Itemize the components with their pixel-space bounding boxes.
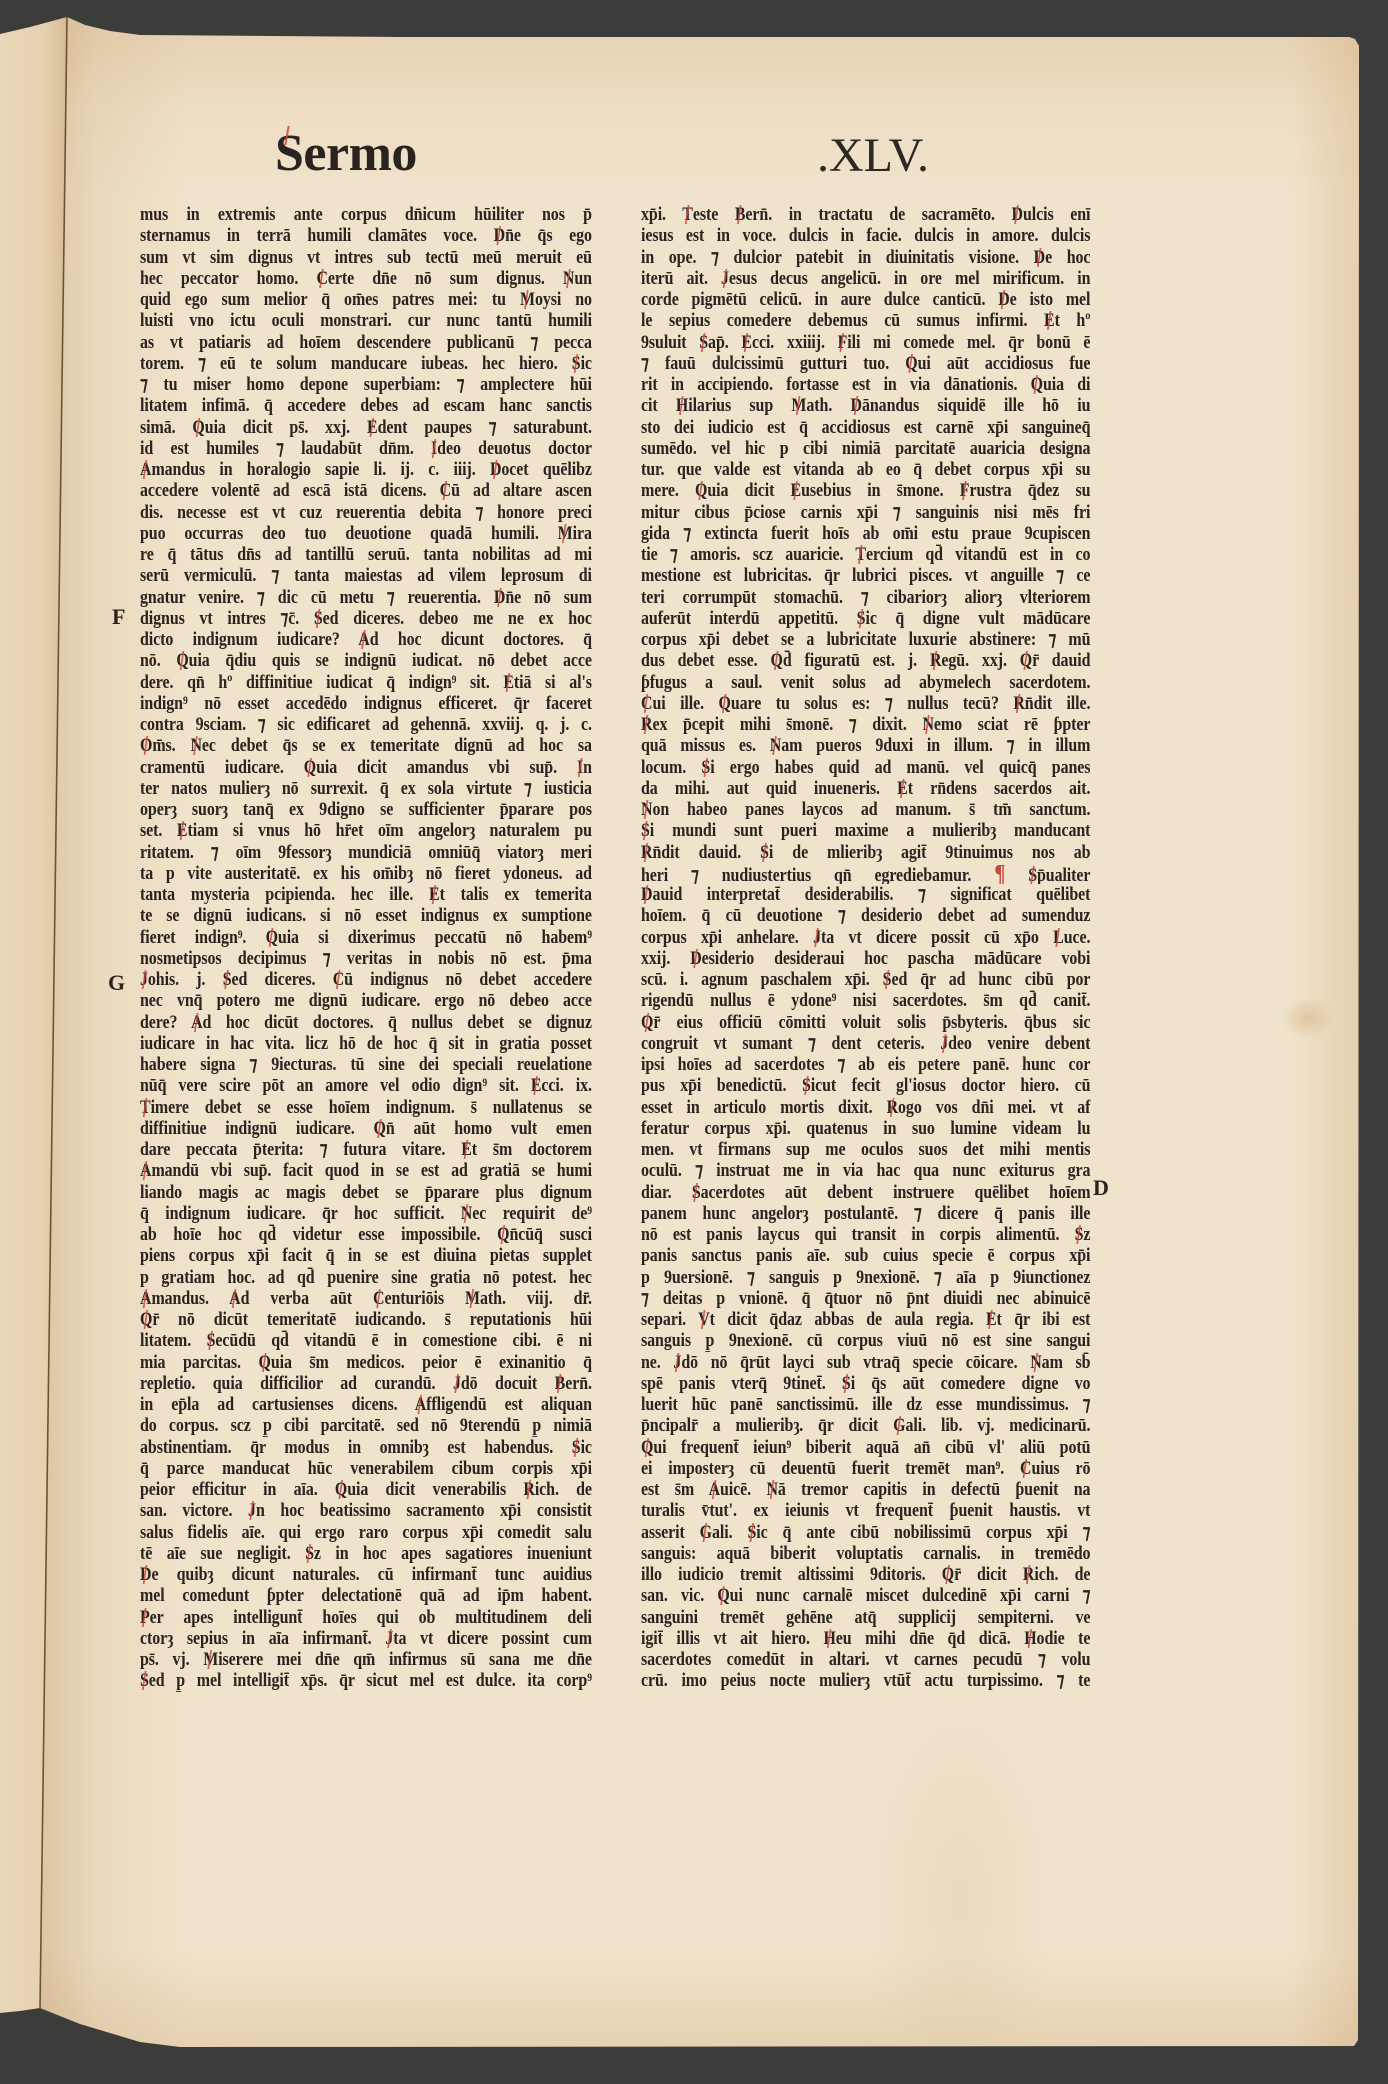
rubricated-capital: O xyxy=(140,735,152,756)
text-line: dis. necesse est vt cuz reuerentia debit… xyxy=(140,502,592,523)
text-line: indign⁹ nō esset accedēdo indignus effic… xyxy=(140,693,592,714)
rubricated-capital: S xyxy=(305,1543,314,1564)
rubricated-capital: Q xyxy=(717,1585,729,1606)
text-line: re q̄ tātus dn̄s ad tantillū seruū. tant… xyxy=(140,544,592,565)
text-line: est s̄m Auicē. Nā tremor capitis in defe… xyxy=(641,1479,1090,1500)
text-line: Rn̄dit dauid. Si de mlieribȝ agit̄ 9tinu… xyxy=(641,842,1090,863)
rubricated-capital: D xyxy=(490,459,501,480)
text-line: p̄ncipalr̄ a mulieribȝ. q̄r dicit Gali. … xyxy=(641,1415,1090,1436)
rubricated-capital: S xyxy=(1075,1224,1084,1245)
text-line: mia parcitas. Quia s̄m medicos. peior ē … xyxy=(140,1352,592,1373)
text-line: serū vermiculū. ⁊ tanta maiestas ad vile… xyxy=(140,565,592,586)
marginal-letter: D xyxy=(1093,1177,1109,1199)
rubricated-capital: R xyxy=(641,842,652,863)
text-line: Dauid interpretat̄ desiderabilis. ⁊ sign… xyxy=(641,884,1090,905)
rubricated-capital: S xyxy=(701,757,710,778)
rubricated-capital: E xyxy=(531,1075,542,1096)
rubricated-capital: E xyxy=(1044,310,1055,331)
text-line: turalis v̄tut'. ex ieiunis vt frequent̄ … xyxy=(641,1500,1090,1521)
text-line: litatem infimā. q̄ accedere debes ad esc… xyxy=(140,395,592,416)
text-line: rigendū nullus ē ydone⁹ nisi sacerdotes.… xyxy=(641,990,1090,1011)
rubricated-capital: H xyxy=(823,1628,835,1649)
rubricated-capital: Q xyxy=(905,353,917,374)
text-line: accedere volentē ad escā istā dicens. Cū… xyxy=(140,480,592,501)
text-line: salus fidelis aīe. qui ergo raro corpus … xyxy=(140,1522,592,1543)
rubricated-capital: C xyxy=(440,480,451,501)
text-line: liando magis ac magis debet se p̄parare … xyxy=(140,1182,592,1203)
text-line: xp̄i. Teste Bern̄. in tractatu de sacram… xyxy=(641,204,1090,225)
rubricated-capital: R xyxy=(930,650,941,671)
text-line: dere. qn̄ hº diffinitiue iudicat q̄ indi… xyxy=(140,672,592,693)
text-line: ⁊ deitas p̱ vnionē. q̄ q̄tuor nō p̄nt di… xyxy=(641,1288,1090,1309)
rubricated-capital: M xyxy=(558,523,573,544)
text-line: gida ⁊ extincta fuerit hoīs ab om̄i estu… xyxy=(641,523,1090,544)
text-line: luisti vno ictu oculi monstrari. cur nun… xyxy=(140,310,592,331)
rubricated-capital: J xyxy=(248,1500,256,1521)
rubricated-capital: G xyxy=(893,1415,905,1436)
text-line: ta p̱ vite austeritatē. ex his om̄ibȝ nō… xyxy=(140,863,592,884)
rubricated-capital: A xyxy=(358,629,369,650)
text-line: Qr̄ nō dicūt temeritatē iudicando. s̄ re… xyxy=(140,1309,592,1330)
rubricated-capital: A xyxy=(140,1288,151,1309)
text-line: dare peccata p̄terita: ⁊ futura vitare. … xyxy=(140,1139,592,1160)
rubricated-capital: Q xyxy=(176,650,188,671)
rubricated-capital: D xyxy=(641,884,652,905)
text-line: piens corpus xp̄i facit q̄ in se est diu… xyxy=(140,1245,592,1266)
text-line: contra 9sciam. ⁊ sic edificaret ad gehen… xyxy=(140,714,592,735)
text-line: Timere debet se esse hoīem indignum. s̄ … xyxy=(140,1097,592,1118)
rubricated-capital: Q xyxy=(770,650,782,671)
text-line: ⁊ fauū dulcissimū gutturi tuo. Qui aūt a… xyxy=(641,353,1090,374)
capitulum-mark: ¶ xyxy=(994,863,1005,884)
rubricated-capital: B xyxy=(555,1373,566,1394)
text-line: Amandus in horalogio sapie li. ij. c. ii… xyxy=(140,459,592,480)
rubricated-capital: J xyxy=(940,1033,948,1054)
rubricated-capital: N xyxy=(461,1203,472,1224)
right-column: xp̄i. Teste Bern̄. in tractatu de sacram… xyxy=(641,204,1090,1692)
rubricated-capital: E xyxy=(177,820,188,841)
text-line: luerit hūc panē sanctissimū. ille dz ess… xyxy=(641,1394,1090,1415)
text-line: diffinitiue indignū iudicare. Qn̄ aūt ho… xyxy=(140,1118,592,1139)
text-line: men. vt firmans sup̱ me oculos suos det … xyxy=(641,1139,1090,1160)
text-line: tē aīe sue negligit. Sz in hoc apes saga… xyxy=(140,1543,592,1564)
text-line: in ep̄la ad cartusienses dicens. Afflige… xyxy=(140,1394,592,1415)
text-line: nec vnq̄ potero me dignū iudicare. ergo … xyxy=(140,990,592,1011)
text-line: 9suluit Sap̄. Ecci. xxiiij. Fili mi come… xyxy=(641,332,1090,353)
text-line: corde pigmētū celicū. in aure dulce cant… xyxy=(641,289,1090,310)
rubricated-capital: S xyxy=(747,1522,756,1543)
text-line: Johis. j. Sed diceres. Cū indignus nō de… xyxy=(140,969,592,990)
rubricated-capital: M xyxy=(520,289,535,310)
text-line: tanta mysteria p̱cipienda. hec ille. Et … xyxy=(140,884,592,905)
rubricated-capital: C xyxy=(316,268,327,289)
rubricated-capital: S xyxy=(802,1075,811,1096)
rubricated-capital: A xyxy=(191,1012,202,1033)
rubricated-capital: N xyxy=(766,1479,777,1500)
rubricated-capital: S xyxy=(699,332,708,353)
rubricated-capital: T xyxy=(855,544,866,565)
rubricated-capital: D xyxy=(494,587,505,608)
rubricated-capital: J xyxy=(673,1352,681,1373)
text-line: spē panis vterq̄ 9tinet̄. Si q̄s aūt com… xyxy=(641,1373,1090,1394)
rubricated-capital: M xyxy=(465,1288,480,1309)
rubricated-capital: R xyxy=(641,714,652,735)
rubricated-capital: R xyxy=(887,1097,898,1118)
rubricated-capital: S xyxy=(140,1670,149,1691)
rubricated-capital: E xyxy=(503,672,514,693)
folio-number: .XLV. xyxy=(817,132,929,180)
text-line: ei imposterȝ cū deuentū fuerit tremēt ma… xyxy=(641,1458,1090,1479)
text-line: set. Etiam si vnus hō hr̄et oīm angelorȝ… xyxy=(140,820,592,841)
marginal-letter: F xyxy=(112,606,125,628)
rubricated-capital: A xyxy=(140,1160,151,1181)
rubricated-capital: Q xyxy=(641,1437,653,1458)
text-line: torem. ⁊ eū te solum manducare iubeas. h… xyxy=(140,353,592,374)
text-line: panem hunc angelorȝ postulantē. ⁊ dicere… xyxy=(641,1203,1090,1224)
rubricated-capital: M xyxy=(791,395,806,416)
rubricated-capital: D xyxy=(1034,247,1045,268)
text-line: mestione est lubricitas. q̄r lubrici pis… xyxy=(641,565,1090,586)
rubricated-capital: Q xyxy=(641,1012,653,1033)
rubricated-capital: D xyxy=(140,1564,151,1585)
rubricated-capital: R xyxy=(1023,1564,1034,1585)
rubricated-capital: E xyxy=(367,417,378,438)
text-line: sum vt sim dignus vt intres sub tectū me… xyxy=(140,247,592,268)
text-line: nō. Quia q̄diu quis se indignū iudicat. … xyxy=(140,650,592,671)
text-line: Rex p̄cepit mihi s̄monē. ⁊ dixit. Nemo s… xyxy=(641,714,1090,735)
text-line: da mihi. aut quid inueneris. Et rn̄dens … xyxy=(641,778,1090,799)
text-line: separi. Vt dicit q̄daz abbas de aula reg… xyxy=(641,1309,1090,1330)
rubricated-capital: H xyxy=(676,395,688,416)
text-line: dere? Ad hoc dicūt doctores. q̄ nullus d… xyxy=(140,1012,592,1033)
rubricated-capital: A xyxy=(140,459,151,480)
rubricated-capital: T xyxy=(682,204,693,225)
text-line: panis sanctus panis aīe. sub cuius speci… xyxy=(641,1245,1090,1266)
text-line: Sed p̱ mel intelligit̄ xp̄s. q̄r sicut m… xyxy=(140,1670,592,1691)
rubricated-capital: Q xyxy=(719,693,731,714)
text-line: litatem. Secūdū qd̄ vitandū ē in comesti… xyxy=(140,1330,592,1351)
text-line: Non habeo panes laycos ad manum. s̄ tm̄ … xyxy=(641,799,1090,820)
text-line: tur. que valde est vitanda ab eo q̄ debe… xyxy=(641,459,1090,480)
text-line: congruit vt sumant ⁊ dent ceteris. Jdeo … xyxy=(641,1033,1090,1054)
text-line: q̄ parce manducat hūc venerabilem cibum … xyxy=(140,1458,592,1479)
rubricated-capital: S xyxy=(842,1373,851,1394)
rubricated-capital: N xyxy=(1030,1352,1041,1373)
rubricated-capital: M xyxy=(203,1649,218,1670)
text-line: sternamus in terrā humili clamātes voce.… xyxy=(140,225,592,246)
text-line: asserit Gali. Sic q̄ ante cibū nobilissi… xyxy=(641,1522,1090,1543)
text-line: as vt patiaris ad hoīem descendere publi… xyxy=(140,332,592,353)
rubricated-capital: T xyxy=(140,1097,151,1118)
text-line: hoīem. q̄ cū deuotione ⁊ desiderio debet… xyxy=(641,905,1090,926)
rubricated-capital: D xyxy=(494,225,505,246)
text-line: sanguini tremēt gehēne atq̄ supplicij se… xyxy=(641,1607,1090,1628)
text-line: san. vic. Qui nunc carnalē miscet dulced… xyxy=(641,1585,1090,1606)
text-line: locum. Si ergo habes quid ad manū. vel q… xyxy=(641,757,1090,778)
text-line: gnatur venire. ⁊ dic cū metu ⁊ reuerenti… xyxy=(140,587,592,608)
text-line: Per apes intelligunt̄ hoīes qui ob multi… xyxy=(140,1607,592,1628)
rubricated-capital: J xyxy=(140,969,148,990)
text-line: dignus vt intres ⁊c̄. Sed diceres. debeo… xyxy=(140,608,592,629)
rubricated-capital: S xyxy=(692,1182,701,1203)
text-line: ne. Jdō nō q̄rūt layci sub vtraq̄ specie… xyxy=(641,1352,1090,1373)
text-line: cit Hilarius sup Math. Dānandus siquidē … xyxy=(641,395,1090,416)
rubricated-capital: N xyxy=(563,268,574,289)
rubricated-capital: S xyxy=(572,353,581,374)
text-line: in ope. ⁊ dulcior patebit in diuinitatis… xyxy=(641,247,1090,268)
rubricated-capital: Q xyxy=(304,757,316,778)
rubricated-capital: Q xyxy=(192,417,204,438)
rubricated-capital: Q xyxy=(374,1118,386,1139)
marginal-letter: G xyxy=(108,972,125,994)
text-line: ab hoīe hoc qd̄ videtur esse impossibile… xyxy=(140,1224,592,1245)
text-line: hec peccator homo. Certe dn̄e nō sum dig… xyxy=(140,268,592,289)
rubricated-capital: F xyxy=(960,480,970,501)
rubricated-capital: Q xyxy=(942,1564,954,1585)
text-line: Cui ille. Quare tu solus es: ⁊ nullus te… xyxy=(641,693,1090,714)
rubricated-capital: E xyxy=(429,884,440,905)
rubricated-capital: C xyxy=(1020,1458,1031,1479)
text-line: sanguis p̱ 9nexionē. cū corpus viuū nō e… xyxy=(641,1330,1090,1351)
text-line: ps̄. vj. Miserere mei dn̄e qm̄ infirmus … xyxy=(140,1649,592,1670)
left-column: mus in extremis ante corpus dn̄icum hūil… xyxy=(140,204,592,1692)
rubricated-capital: E xyxy=(791,480,802,501)
text-line: ipsi hoīes ad sacerdotes ⁊ ab eis petere… xyxy=(641,1054,1090,1075)
text-line: Si mundi sunt pueri maxime a mulieribȝ m… xyxy=(641,820,1090,841)
rubricated-capital: Q xyxy=(695,480,707,501)
text-line: corpus xp̄i anhelare. Jta vt dicere poss… xyxy=(641,927,1090,948)
text-line: Qui frequent̄ ieiun⁹ biberit aquā an̄ ci… xyxy=(641,1437,1090,1458)
rubricated-capital: S xyxy=(223,969,232,990)
text-line: Qr̄ eius officiū cōmitti voluit solis p̄… xyxy=(641,1012,1090,1033)
rubricated-capital: S xyxy=(314,608,323,629)
rubricated-capital: E xyxy=(897,778,908,799)
text-line: quid ego sum melior q̄ om̄es patres mei:… xyxy=(140,289,592,310)
text-line: mere. Quia dicit Eusebius in s̄mone. Fru… xyxy=(641,480,1090,501)
text-line: habere signa ⁊ 9iecturas. tū sine dei sp… xyxy=(140,1054,592,1075)
rubricated-capital: I xyxy=(577,757,583,778)
text-line: simā. Quia dicit ps̄. xxj. Edent paupes … xyxy=(140,417,592,438)
rubricated-capital: A xyxy=(709,1479,720,1500)
text-line: te se dignū iudicans. si nō esset indign… xyxy=(140,905,592,926)
text-line: dus debet esse. Qd̄ figuratū est. j. Reg… xyxy=(641,650,1090,671)
text-line: ⁊ tu miser homo depone superbiam: ⁊ ampl… xyxy=(140,374,592,395)
rubricated-capital: Q xyxy=(1031,374,1043,395)
rubricated-capital: F xyxy=(838,332,848,353)
text-line: tie ⁊ amoris. scz auaricie. Tercium qd̄ … xyxy=(641,544,1090,565)
text-line: mel comedunt ƥpter delectationē quā ad i… xyxy=(140,1585,592,1606)
running-title: Sermo xyxy=(275,128,417,180)
rubricated-capital: Q xyxy=(266,927,278,948)
rubricated-capital: H xyxy=(1024,1628,1036,1649)
text-line: nūq̄ vere scire pōt an amore vel odio di… xyxy=(140,1075,592,1096)
text-line: ritatem. ⁊ oīm 9fessorȝ mundiciā omniūq̄… xyxy=(140,842,592,863)
text-line: sanguis: aquā biberit voluptatis carnali… xyxy=(641,1543,1090,1564)
rubricated-capital: A xyxy=(415,1394,426,1415)
text-line: illo iudicio tremit altissimi 9ditoris. … xyxy=(641,1564,1090,1585)
text-line: teri corrumpūt stomachū. ⁊ cibariorȝ ali… xyxy=(641,587,1090,608)
text-line: oculū. ⁊ instruat me in via hac qua nunc… xyxy=(641,1160,1090,1181)
rubricated-capital: N xyxy=(190,735,201,756)
text-line: fieret indign⁹. Quia si dixerimus peccat… xyxy=(140,927,592,948)
rubricated-capital: D xyxy=(1012,204,1023,225)
rubricated-capital: J xyxy=(813,927,821,948)
rubricated-capital: E xyxy=(741,332,752,353)
rubricated-capital: C xyxy=(333,969,344,990)
rubricated-capital: R xyxy=(523,1479,534,1500)
rubricated-capital: J xyxy=(453,1373,461,1394)
text-line: ƥfugus a saul. venit solus ad abymelech … xyxy=(641,672,1090,693)
text-line: xxij. Desiderio desideraui hoc pascha mā… xyxy=(641,948,1090,969)
rubricated-capital: R xyxy=(1013,693,1024,714)
rubricated-capital: S xyxy=(883,969,892,990)
text-line: heri ⁊ nudiustertius qn̄ egrediebamur. ¶… xyxy=(641,863,1090,884)
text-line: abstinentiam. q̄r modus in omnibȝ est ha… xyxy=(140,1437,592,1458)
rubricated-capital: S xyxy=(275,125,303,182)
rubricated-capital: D xyxy=(851,395,862,416)
rubricated-capital: S xyxy=(572,1437,581,1458)
rubricated-capital: J xyxy=(721,268,729,289)
rubricated-capital: Q xyxy=(258,1352,270,1373)
text-line: cramentū iudicare. Quia dicit amandus vb… xyxy=(140,757,592,778)
text-line: mitur cibus p̄ciose carnis xp̄i ⁊ sangui… xyxy=(641,502,1090,523)
rubricated-capital: L xyxy=(1053,927,1064,948)
text-line: iudicare in hac vita. licz hō de hoc q̄ … xyxy=(140,1033,592,1054)
text-line: feratur corpus xp̄i. quatenus in suo lum… xyxy=(641,1118,1090,1139)
text-line: nosmetipsos decipimus ⁊ veritas in nobis… xyxy=(140,948,592,969)
rubricated-capital: P xyxy=(140,1607,150,1628)
rubricated-capital: S xyxy=(641,820,650,841)
text-line: rit in accipiendo. fortasse est in via d… xyxy=(641,374,1090,395)
text-line: dicto indignum iudicare? Ad hoc dicunt d… xyxy=(140,629,592,650)
text-line: igit̄ illis vt ait hiero. Heu mihi dn̄e … xyxy=(641,1628,1090,1649)
rubricated-capital: A xyxy=(229,1288,240,1309)
rubricated-capital: C xyxy=(373,1288,384,1309)
text-line: De quibȝ dicunt naturales. cū infirmant̄… xyxy=(140,1564,592,1585)
rubricated-capital: D xyxy=(690,948,701,969)
text-line: id est humiles ⁊ laudabūt dn̄m. Ideo deu… xyxy=(140,438,592,459)
text-line: diar. Sacerdotes aūt debent instruere qu… xyxy=(641,1182,1090,1203)
rubricated-capital: Q xyxy=(1020,650,1032,671)
rubricated-capital: V xyxy=(698,1309,709,1330)
text-line: crū. imo peius nocte mulierȝ vtūt̄ actu … xyxy=(641,1670,1090,1691)
text-line: mus in extremis ante corpus dn̄icum hūil… xyxy=(140,204,592,225)
text-line: scū. i. agnum paschalem xp̄i. Sed q̄r ad… xyxy=(641,969,1090,990)
text-line: sto dei iudicio est q̄ accidiosus est ca… xyxy=(641,417,1090,438)
rubricated-capital: I xyxy=(431,438,437,459)
text-line: peior efficitur in aīa. Quia dicit vener… xyxy=(140,1479,592,1500)
text-line: repletio. quia difficilior ad curandū. J… xyxy=(140,1373,592,1394)
rubricated-capital: S xyxy=(760,842,769,863)
text-line: sumēdo. vel hic p̱ cibi nimiā parcitatē … xyxy=(641,438,1090,459)
rubricated-capital: G xyxy=(700,1522,712,1543)
text-line: operȝ suorȝ tanq̄ ex 9digno se sufficien… xyxy=(140,799,592,820)
rubricated-capital: Q xyxy=(497,1224,509,1245)
text-line: iterū ait. Jesus decus angelicū. in ore … xyxy=(641,268,1090,289)
rubricated-capital: J xyxy=(385,1628,393,1649)
rubricated-capital: N xyxy=(770,735,781,756)
text-line: do corpus. scz p̱ cibi parcitatē. sed nō… xyxy=(140,1415,592,1436)
rubricated-capital: B xyxy=(735,204,746,225)
text-line: p̱ 9uersionē. ⁊ sanguis p̱ 9nexionē. ⁊ a… xyxy=(641,1267,1090,1288)
rubricated-capital: D xyxy=(998,289,1009,310)
rubricated-capital: S xyxy=(857,608,866,629)
text-line: p̱ gratiam hoc. ad qd̄ p̱uenire sine gra… xyxy=(140,1267,592,1288)
text-line: quā missus es. Nam pueros 9duxi in illum… xyxy=(641,735,1090,756)
text-line: esset in articulo mortis dixit. Rogo vos… xyxy=(641,1097,1090,1118)
text-line: san. victore. Jn hoc beatissimo sacramen… xyxy=(140,1500,592,1521)
text-line: Amandū vbi sup̄. facit quod in se est ad… xyxy=(140,1160,592,1181)
text-line: pus xp̄i benedictū. Sicut fecit gl'iosus… xyxy=(641,1075,1090,1096)
rubricated-capital: Q xyxy=(140,1309,152,1330)
rubricated-capital: E xyxy=(461,1139,472,1160)
text-line: nō est panis laycus qui transit in corp̱… xyxy=(641,1224,1090,1245)
text-line: ter natos mulierȝ nō surrexit. q̄ ex sol… xyxy=(140,778,592,799)
rubricated-capital: E xyxy=(986,1309,997,1330)
text-line: Amandus. Ad verba aūt Centuriōis Math. v… xyxy=(140,1288,592,1309)
rubricated-capital: S xyxy=(207,1330,216,1351)
text-line: corpus xp̄i debet se a lubricitate luxur… xyxy=(641,629,1090,650)
text-line: le sepius comedere debemus cū sumus infi… xyxy=(641,310,1090,331)
rubricated-capital: N xyxy=(922,714,933,735)
rubricated-capital: S xyxy=(1028,865,1037,884)
text-line: auferūt interdū appetitū. Sic q̄ digne v… xyxy=(641,608,1090,629)
rubricated-capital: C xyxy=(641,693,652,714)
text-line: puo occurras deo tuo deuotione quadā hum… xyxy=(140,523,592,544)
text-line: ctorȝ sepius in aīa infirmant̄. Jta vt d… xyxy=(140,1628,592,1649)
text-line: Om̄s. Nec debet q̄s se ex temeritate dig… xyxy=(140,735,592,756)
rubricated-capital: N xyxy=(641,799,652,820)
text-line: sacerdotes comedūt in altari. vt carnes … xyxy=(641,1649,1090,1670)
text-line: q̄ indignum iudicare. q̄r hoc sufficit. … xyxy=(140,1203,592,1224)
text-line: iesus est in voce. dulcis in facie. dulc… xyxy=(641,225,1090,246)
rubricated-capital: Q xyxy=(335,1479,347,1500)
